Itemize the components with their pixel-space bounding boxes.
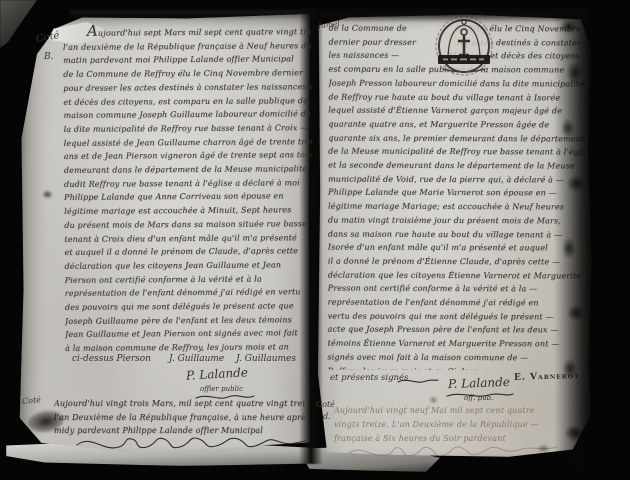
signature-flourish-right	[445, 390, 515, 400]
handwriting-line: demeurant dans le département de la Meus…	[64, 162, 312, 177]
witness-signatures-left: ci-dessus Pierson J. Guillaume J. Guilla…	[72, 354, 296, 364]
handwriting-line: représentation de l'enfant dénommé j'ai …	[328, 296, 584, 311]
handwriting-line: du matin vingt troisième jour du présent…	[328, 213, 584, 228]
handwriting-line: vingts treize. L'an Deuxième de la Répub…	[334, 418, 580, 432]
handwriting-line: l'an Deuxième de la République française…	[54, 411, 306, 425]
handwriting-line: quarante quatre ans, et Marguerite Press…	[328, 117, 584, 132]
handwriting-line: de Reffroy rue haute au bout du village …	[328, 90, 584, 105]
handwriting-line: déclaration que les citoyens Étienne Var…	[328, 268, 584, 283]
left-page-act1-text: Aujourd'hui sept Mars mil sept cent quat…	[63, 23, 313, 359]
ink-blot-small-bottom	[538, 445, 549, 452]
closing-flourish-right	[346, 443, 560, 459]
handwriting-line: Aujourd'hui sept Mars mil sept cent quat…	[63, 23, 311, 40]
handwriting-line: légitime mariage Mariage; est accouchée …	[328, 200, 584, 215]
handwriting-line: déclaration que les citoyens Jean Guilla…	[64, 258, 312, 273]
handwriting-line: Isorée d'un enfant mâle qu'il m'a présen…	[328, 241, 584, 256]
handwriting-line: Aujourd'hui vingt trois Mars, mil sept c…	[54, 397, 306, 411]
handwriting-line: du présent mois de Mars dans sa maison s…	[64, 217, 312, 232]
closing-flourish-small	[396, 376, 440, 386]
ink-blot-small-left	[43, 191, 52, 198]
witness-signature-varnerot: E. Varnerot	[514, 371, 580, 383]
fiscal-stamp-icon	[428, 15, 500, 79]
handwriting-line: Presson ont certifié conforme à la vérit…	[328, 282, 584, 297]
margin-note-right-bottom-2: d.	[323, 412, 331, 421]
ink-blot-small-right	[430, 397, 437, 403]
closing-flourish-left	[74, 433, 310, 451]
handwriting-line: de la Meuse municipalité de Reffroy rue …	[328, 145, 584, 160]
handwriting-line: Reffroy, les jours mois et an Ci-dessus …	[327, 364, 583, 370]
handwriting-line: dans sa maison rue haute au bout du vill…	[328, 227, 584, 242]
officer-signature-right: P. Lalande	[448, 375, 510, 391]
handwriting-line: municipalité de Void, rue de la pierre q…	[328, 172, 584, 187]
handwriting-line: Aujourd'hui vingt neuf Mai mil sept cent…	[334, 404, 580, 418]
handwriting-line: quarante six ans, le premier demeurant d…	[328, 131, 584, 146]
handwriting-line: Philippe Lalande que Marie Varnerot son …	[328, 186, 584, 201]
handwriting-line: il a donné le prénom d'Étienne Claude, d…	[328, 255, 584, 270]
book-cover-corner	[0, 0, 42, 52]
handwriting-line: pour dresser les actes destinés à consta…	[63, 80, 311, 95]
handwriting-line: acte que Joseph Presson père de l'enfant…	[328, 323, 584, 338]
margin-note-left-top-2: B.	[44, 52, 53, 62]
handwriting-line: signés avec moi fait à la maison commune…	[327, 350, 583, 365]
handwriting-line: témoins Étienne Varnerot et Marguerite P…	[327, 337, 583, 352]
handwriting-line: lequel assisté d'Étienne Varnerot garçon…	[328, 104, 584, 119]
handwriting-line: vertu des pouvoirs qui me sont délégués …	[328, 309, 584, 324]
handwriting-line: et la seconde demeurant dans le départem…	[328, 159, 584, 174]
margin-note-right-bottom: Coté	[316, 400, 335, 409]
handwriting-line: de la Commune de Reffroy élu le Cinq Nov…	[63, 66, 311, 81]
handwriting-line: la dite municipalité de Reffroy rue bass…	[64, 121, 312, 136]
register-scan: Coté B. Coté Jumel Coté d. Aujourd'hui s…	[0, 0, 630, 480]
handwriting-line: des pouvoirs qui me sont délégués le pré…	[65, 299, 313, 314]
